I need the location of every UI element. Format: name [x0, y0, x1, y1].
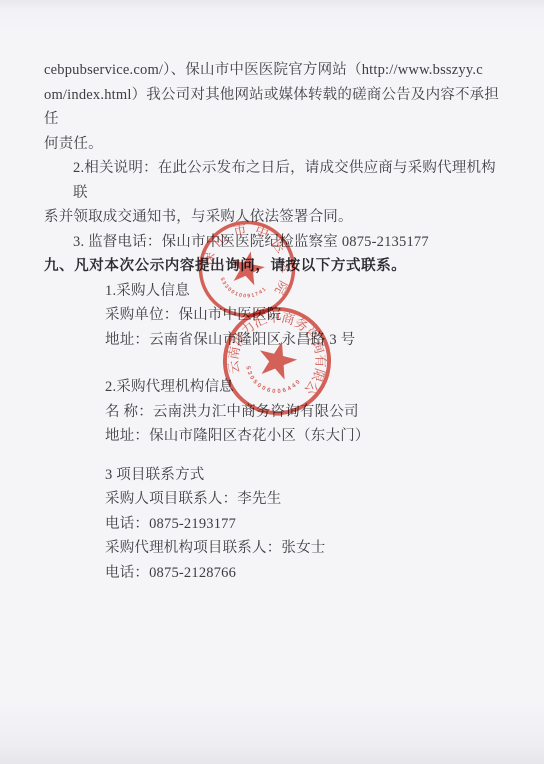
doc-line-agency-address: 地址：保山市隆阳区杏花小区（东大门）	[44, 424, 506, 449]
scanned-document-page: cebpubservice.com/）、保山市中医医院官方网站（http://w…	[0, 0, 544, 764]
star-icon	[254, 337, 300, 382]
doc-line: 2.相关说明：在此公示发布之日后，请成交供应商与采购代理机构联	[44, 156, 506, 205]
doc-line-purchaser-phone: 电话：0875-2193177	[44, 512, 506, 537]
doc-line-agency-phone: 电话：0875-2128766	[44, 561, 506, 586]
doc-line-contact-title: 3 项目联系方式	[44, 463, 506, 488]
doc-line: 何责任。	[44, 132, 506, 157]
doc-line-purchaser-contact: 采购人项目联系人：李先生	[44, 487, 506, 512]
star-icon	[227, 248, 267, 287]
doc-line-agency-contact: 采购代理机构项目联系人：张女士	[44, 536, 506, 561]
doc-line: cebpubservice.com/）、保山市中医医院官方网站（http://w…	[44, 58, 506, 83]
doc-line: om/index.html）我公司对其他网站或媒体转载的磋商公告及内容不承担任	[44, 83, 506, 132]
